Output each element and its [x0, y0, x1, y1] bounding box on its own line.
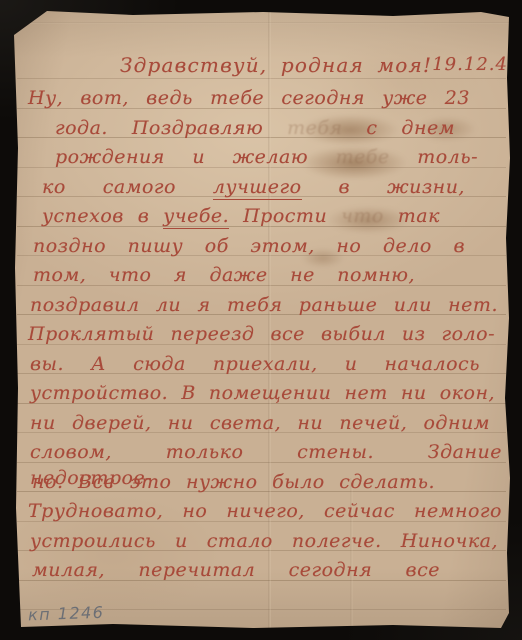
letter-line: Ну, вот, ведь тебе сегодня уже 23: [28, 85, 470, 111]
date-text: 19.12.45 г.: [432, 50, 522, 80]
scan-background: Здравствуй, родная моя! 19.12.45 г. Ну, …: [0, 0, 522, 640]
letter-line: Проклятый переезд все выбил из голо-: [28, 321, 495, 347]
letter-line: ни дверей, ни света, ни печей, одним: [30, 410, 490, 436]
letter-line: том, что я даже не помню,: [33, 262, 415, 288]
horizontal-crease: [13, 22, 510, 24]
inventory-stamp: кп 1246: [28, 603, 105, 625]
letter-line: устройство. В помещении нет ни окон,: [30, 380, 495, 406]
greeting-text: Здравствуй, родная моя!: [120, 50, 432, 80]
letter-line: ко самого лучшего в жизни,: [42, 174, 465, 200]
letter-line: года. Поздравляю тебя с днем: [55, 115, 455, 141]
heading-line: Здравствуй, родная моя! 19.12.45 г.: [30, 50, 506, 80]
letter-line: поздно пишу об этом, но дело в: [33, 233, 465, 259]
letter-line: вы. А сюда приехали, и началось: [30, 351, 480, 377]
letter-line: рождения и желаю тебе толь-: [55, 144, 478, 170]
letter-line: устроились и стало полегче. Ниночка,: [30, 528, 498, 554]
letter-line: поздравил ли я тебя раньше или нет.: [30, 292, 498, 318]
letter-paper: Здравствуй, родная моя! 19.12.45 г. Ну, …: [13, 8, 510, 630]
letter-line: словом, только стены. Здание недострое-: [30, 439, 502, 465]
letter-line: но. Все это нужно было сделать.: [32, 469, 435, 495]
letter-line: Трудновато, но ничего, сейчас немного: [28, 498, 502, 524]
letter-line: милая, перечитал сегодня все: [32, 557, 440, 583]
letter-line: успехов в учебе. Прости что так: [42, 203, 440, 229]
